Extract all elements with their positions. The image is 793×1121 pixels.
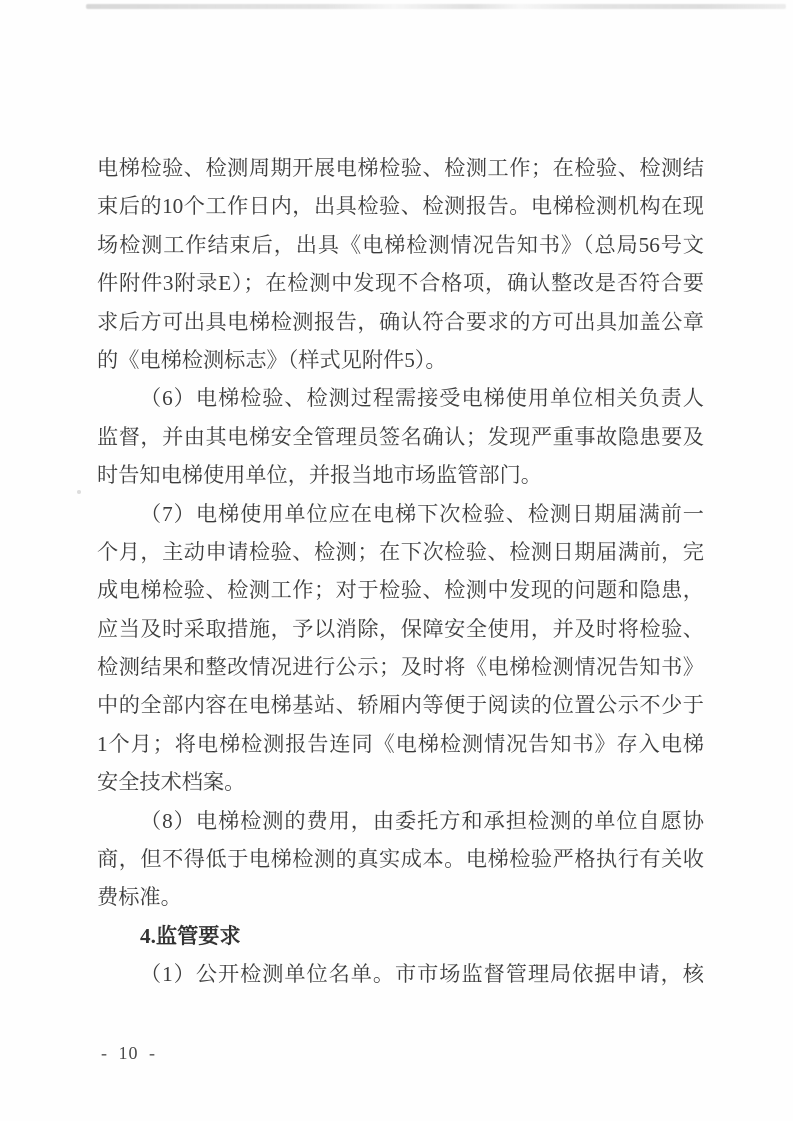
scan-artifact-line: [86, 4, 786, 9]
document-text-line: 应当及时采取措施，予以消除，保障安全使用，并及时将检验、: [97, 610, 704, 648]
document-text-line: 个月，主动申请检验、检测；在下次检验、检测日期届满前，完: [97, 533, 704, 571]
document-text-line: 件附件3附录E）；在检测中发现不合格项，确认整改是否符合要: [97, 264, 704, 302]
document-text-line: 监督，并由其电梯安全管理员签名确认；发现严重事故隐患要及: [97, 418, 704, 456]
document-text-line: （8）电梯检测的费用，由委托方和承担检测的单位自愿协: [97, 802, 704, 840]
document-text-line: （1）公开检测单位名单。市市场监督管理局依据申请，核: [97, 955, 704, 993]
page-number: - 10 -: [101, 1043, 156, 1064]
document-page: 电梯检验、检测周期开展电梯检验、检测工作；在检验、检测结束后的10个工作日内，出…: [0, 0, 793, 1121]
document-text-line: 场检测工作结束后，出具《电梯检测情况告知书》（总局56号文: [97, 226, 704, 264]
scan-speck: [77, 490, 81, 494]
document-text-line: 中的全部内容在电梯基站、轿厢内等便于阅读的位置公示不少于: [97, 686, 704, 724]
document-text-line: （7）电梯使用单位应在电梯下次检验、检测日期届满前一: [97, 495, 704, 533]
document-text-line: 安全技术档案。: [97, 763, 704, 801]
document-text-line: 费标准。: [97, 878, 704, 916]
document-text-line: 成电梯检验、检测工作；对于检验、检测中发现的问题和隐患，: [97, 571, 704, 609]
document-text-line: 电梯检验、检测周期开展电梯检验、检测工作；在检验、检测结: [97, 149, 704, 187]
document-text-line: （6）电梯检验、检测过程需接受电梯使用单位相关负责人: [97, 379, 704, 417]
document-text-line: 1个月；将电梯检测报告连同《电梯检测情况告知书》存入电梯: [97, 725, 704, 763]
document-text-line: 时告知电梯使用单位，并报当地市场监管部门。: [97, 456, 704, 494]
section-heading: 4.监管要求: [97, 917, 704, 955]
document-text-line: 束后的10个工作日内，出具检验、检测报告。电梯检测机构在现: [97, 187, 704, 225]
document-text-line: 检测结果和整改情况进行公示；及时将《电梯检测情况告知书》: [97, 648, 704, 686]
document-body: 电梯检验、检测周期开展电梯检验、检测工作；在检验、检测结束后的10个工作日内，出…: [97, 149, 704, 994]
document-text-line: 商，但不得低于电梯检测的真实成本。电梯检验严格执行有关收: [97, 840, 704, 878]
document-text-line: 求后方可出具电梯检测报告，确认符合要求的方可出具加盖公章: [97, 303, 704, 341]
document-text-line: 的《电梯检测标志》（样式见附件5）。: [97, 341, 704, 379]
